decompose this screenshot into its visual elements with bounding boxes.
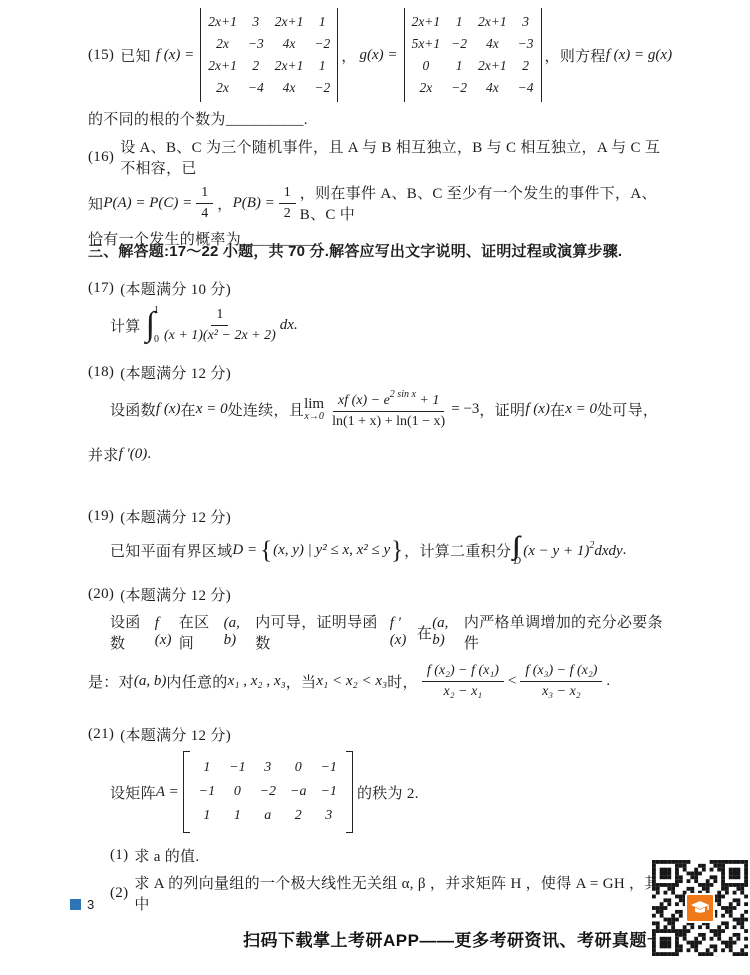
problem-15-tail-text: ，则方程 xyxy=(545,45,606,66)
matrix-cell: 4x xyxy=(283,77,296,99)
p18-seg6: 处可导， xyxy=(597,399,658,420)
matrix-cell: 3 xyxy=(264,756,271,780)
p20-l1s3: 内可导，证明导函数 xyxy=(255,611,389,653)
right-bracket xyxy=(346,751,353,833)
problem-16-line2-tail: ，则在事件 A、B、C 至少有一个发生的事件下，A、B、C 中 xyxy=(300,182,673,224)
integrand-fraction: 1 (x + 1)(x² − 2x + 2) xyxy=(164,307,276,344)
matrix-cell: 2x+1 xyxy=(412,11,441,33)
matrix-cell: −a xyxy=(290,780,306,804)
qr-center-logo xyxy=(685,893,715,923)
p20-fprimex: f ′(x) xyxy=(390,615,417,649)
matrix-cell: 1 xyxy=(234,804,241,828)
problem-21-number: (21) xyxy=(88,726,114,743)
problem-15-intro: 已知 xyxy=(120,45,151,66)
dx-term: dx. xyxy=(280,317,298,334)
matrix-cell: 1 xyxy=(203,756,210,780)
exam-page: { "section3": { "heading": "三、解答题:17～22 … xyxy=(0,0,750,975)
matrix-cell: 2x+1 xyxy=(275,11,304,33)
p18-seg4: ，证明 xyxy=(479,399,525,420)
integral-sign: ∫ 1 0 xyxy=(146,305,159,345)
problem-18-number: (18) xyxy=(88,364,114,381)
double-integral-domain: D xyxy=(514,556,521,567)
matrix-A: 1−130−1−10−2−a−111a23 xyxy=(183,751,353,833)
matrix-cell: −1 xyxy=(199,780,215,804)
matrix-cell: 4x xyxy=(283,33,296,55)
p21-tail: 的秩为 2. xyxy=(357,782,419,803)
matrix-cell: 2x xyxy=(216,33,229,55)
matrix-cell: 2x+1 xyxy=(275,55,304,77)
separator-comma: ， xyxy=(341,45,356,66)
problem-16-line1: 设 A、B、C 为三个随机事件，且 A 与 B 相互独立，B 与 C 相互独立，… xyxy=(120,136,673,178)
fraction-one-half: 1 2 xyxy=(279,185,296,222)
problem-19-score: (本题满分 12 分) xyxy=(120,506,231,527)
matrix-cell: 3 xyxy=(252,11,259,33)
prob-pb: P(B) = xyxy=(233,195,275,212)
matrix-cell: 0 xyxy=(422,55,429,77)
determinant-g: 2x+112x+135x+1−24x−3012x+122x−24x−4 xyxy=(404,8,542,102)
matrix-cell: −2 xyxy=(260,780,276,804)
matrix-cell: 1 xyxy=(456,55,463,77)
footer-promo-text: 扫码下载掌上考研APP——更多考研资讯、考研真题一键获取 xyxy=(243,926,717,951)
p21-item1-text: 求 a 的值. xyxy=(134,845,199,866)
matrix-cell: −2 xyxy=(451,33,467,55)
p21-item2-label: (2) xyxy=(110,885,128,902)
p21-item1-label: (1) xyxy=(110,847,128,864)
p19-seg1: 已知平面有界区域 xyxy=(110,540,232,561)
section-3-heading: 三、解答题:17～22 小题，共 70 分.解答应写出文字说明、证明过程或演算步… xyxy=(88,240,622,261)
matrix-cell: 2x+1 xyxy=(208,55,237,77)
problem-15-blank-line: 的不同的根的个数为__________. xyxy=(88,108,688,129)
problem-17: (17) (本题满分 10 分) 计算 ∫ 1 0 1 (x + 1)(x² −… xyxy=(88,278,298,345)
difference-quotient-right: f (x₃) − f (x₂) x₃ − x₂ xyxy=(520,663,602,700)
problem-17-number: (17) xyxy=(88,280,114,297)
matrix-cell: 2x+1 xyxy=(478,55,507,77)
matrix-cell: −4 xyxy=(518,77,534,99)
p19-end: . xyxy=(623,542,627,559)
problem-18: (18) (本题满分 12 分) 设函数 f (x) 在 x = 0 处连续，且… xyxy=(88,362,673,465)
matrix-cell: 0 xyxy=(295,756,302,780)
p18-line2-pre: 并求 xyxy=(88,444,119,465)
p20-l1s5: 内严格单调增加的充分必要条件 xyxy=(464,611,673,653)
p19-integrand: (x − y + 1)2dxdy xyxy=(523,540,622,560)
integral-lower-limit: 0 xyxy=(154,334,159,345)
double-integral-sign: ∫∫ D xyxy=(513,533,521,567)
p19-set-condition: (x, y) | y² ≤ x, x² ≤ y xyxy=(273,542,390,559)
matrix-cell: −1 xyxy=(320,756,336,780)
p20-l1s4: 在 xyxy=(417,622,432,643)
problem-19-number: (19) xyxy=(88,508,114,525)
matrix-cell: 2 xyxy=(252,55,259,77)
matrix-cell: −1 xyxy=(229,756,245,780)
p20-l2s1: 是：对 xyxy=(88,671,134,692)
p18-fx2: f (x) xyxy=(525,401,550,418)
problem-16-number: (16) xyxy=(88,149,114,166)
matrix-cell: −2 xyxy=(314,77,330,99)
prob-pa-pc: P(A) = P(C) = xyxy=(103,195,192,212)
p18-x0-2: x = 0 xyxy=(565,401,597,418)
p21-A-equals: A = xyxy=(156,784,179,801)
matrix-cell: −2 xyxy=(451,77,467,99)
exponent-2sinx: 2 sin x xyxy=(390,389,416,400)
equation-f-equals-g: f (x) = g(x) xyxy=(606,47,672,64)
p20-x-ordering: x₁ < x₂ < x₃ xyxy=(316,673,387,690)
problem-17-score: (本题满分 10 分) xyxy=(120,278,231,299)
problem-18-score: (本题满分 12 分) xyxy=(120,362,231,383)
matrix-cell: 5x+1 xyxy=(412,33,441,55)
p20-l2s3: ，当 xyxy=(286,671,317,692)
p20-l2s2: 内任意的 xyxy=(166,671,227,692)
p20-fx: f (x) xyxy=(155,615,179,649)
p18-seg3: 处连续，且 xyxy=(228,399,305,420)
difference-quotient-left: f (x₂) − f (x₁) x₂ − x₁ xyxy=(422,663,504,700)
problem-21-score: (本题满分 12 分) xyxy=(120,724,231,745)
p21-pre: 设矩阵 xyxy=(110,782,156,803)
integral-upper-limit: 1 xyxy=(154,305,159,316)
p18-seg1: 设函数 xyxy=(110,399,156,420)
p20-ab: (a, b) xyxy=(224,615,256,649)
matrix-cell: 2x+1 xyxy=(208,11,237,33)
p20-l1s2: 在区间 xyxy=(179,611,224,653)
p20-end: . xyxy=(606,673,610,690)
p18-equals: = −3 xyxy=(451,401,479,418)
problem-16-line2-sep: ， xyxy=(217,193,232,214)
matrix-cell: 0 xyxy=(234,780,241,804)
problem-19: (19) (本题满分 12 分) 已知平面有界区域 D = { (x, y) |… xyxy=(88,506,673,567)
p18-seg5: 在 xyxy=(550,399,565,420)
p18-x0: x = 0 xyxy=(196,401,228,418)
matrix-cell: −3 xyxy=(518,33,534,55)
matrix-cell: 2 xyxy=(522,55,529,77)
problem-20-score: (本题满分 12 分) xyxy=(120,584,231,605)
p18-seg2: 在 xyxy=(180,399,195,420)
determinant-f: 2x+132x+112x−34x−22x+122x+112x−44x−2 xyxy=(200,8,338,102)
matrix-cell: −4 xyxy=(248,77,264,99)
fraction-one-fourth: 1 4 xyxy=(196,185,213,222)
limit-fraction: xf (x) − e2 sin x + 1 ln(1 + x) + ln(1 −… xyxy=(332,389,445,430)
p20-ab2: (a, b) xyxy=(432,615,464,649)
p20-x123: x₁ , x₂ , x₃ xyxy=(228,673,286,690)
problem-20-number: (20) xyxy=(88,586,114,603)
less-than-sign: < xyxy=(508,673,516,690)
g-definition: g(x) = xyxy=(360,47,398,64)
matrix-cell: 3 xyxy=(325,804,332,828)
matrix-cell: 2x xyxy=(419,77,432,99)
qr-code xyxy=(652,860,748,956)
page-number-square-icon xyxy=(70,899,81,910)
problem-21: (21) (本题满分 12 分) 设矩阵 A = 1−130−1−10−2−a−… xyxy=(88,724,673,914)
limit-operator: lim x→0 xyxy=(304,397,324,423)
problem-15-number: (15) xyxy=(88,47,114,64)
matrix-cell: −2 xyxy=(314,33,330,55)
p18-fx: f (x) xyxy=(156,401,181,418)
matrix-cell: −3 xyxy=(248,33,264,55)
problem-16-line2-pre: 知 xyxy=(88,193,103,214)
matrix-cell: 2x xyxy=(216,77,229,99)
matrix-cell: 1 xyxy=(319,55,326,77)
p18-fprime0: f ′(0) xyxy=(119,446,148,463)
problem-17-lead: 计算 xyxy=(110,315,141,336)
matrix-cell: 2x+1 xyxy=(478,11,507,33)
left-bracket xyxy=(183,751,190,833)
matrix-cell: a xyxy=(264,804,271,828)
p19-seg2: ，计算二重积分 xyxy=(404,540,511,561)
p20-l1s1: 设函数 xyxy=(110,611,155,653)
graduation-cap-icon xyxy=(689,897,711,919)
matrix-cell: 1 xyxy=(203,804,210,828)
problem-16: (16) 设 A、B、C 为三个随机事件，且 A 与 B 相互独立，B 与 C … xyxy=(88,136,673,249)
problem-20: (20) (本题满分 12 分) 设函数 f (x) 在区间 (a, b) 内可… xyxy=(88,584,673,700)
left-brace: { xyxy=(260,538,272,563)
matrix-cell: 3 xyxy=(522,11,529,33)
matrix-cell: 2 xyxy=(295,804,302,828)
p21-item2-text: 求 A 的列向量组的一个极大线性无关组 α, β ，并求矩阵 H ，使得 A =… xyxy=(134,872,673,914)
f-definition: f (x) = xyxy=(156,47,194,64)
page-number: 3 xyxy=(87,897,94,912)
matrix-cell: 1 xyxy=(456,11,463,33)
p18-line2-end: . xyxy=(147,446,151,463)
matrix-cell: −1 xyxy=(320,780,336,804)
page-number-marker: 3 xyxy=(70,897,94,912)
p20-ab3: (a, b) xyxy=(134,673,167,690)
right-brace: } xyxy=(391,538,403,563)
p19-D-equals: D = xyxy=(232,542,257,559)
problem-15: (15) 已知 f (x) = 2x+132x+112x−34x−22x+122… xyxy=(88,8,688,129)
matrix-cell: 1 xyxy=(319,11,326,33)
matrix-cell: 4x xyxy=(486,33,499,55)
p20-l2s4: 时， xyxy=(387,671,418,692)
matrix-cell: 4x xyxy=(486,77,499,99)
